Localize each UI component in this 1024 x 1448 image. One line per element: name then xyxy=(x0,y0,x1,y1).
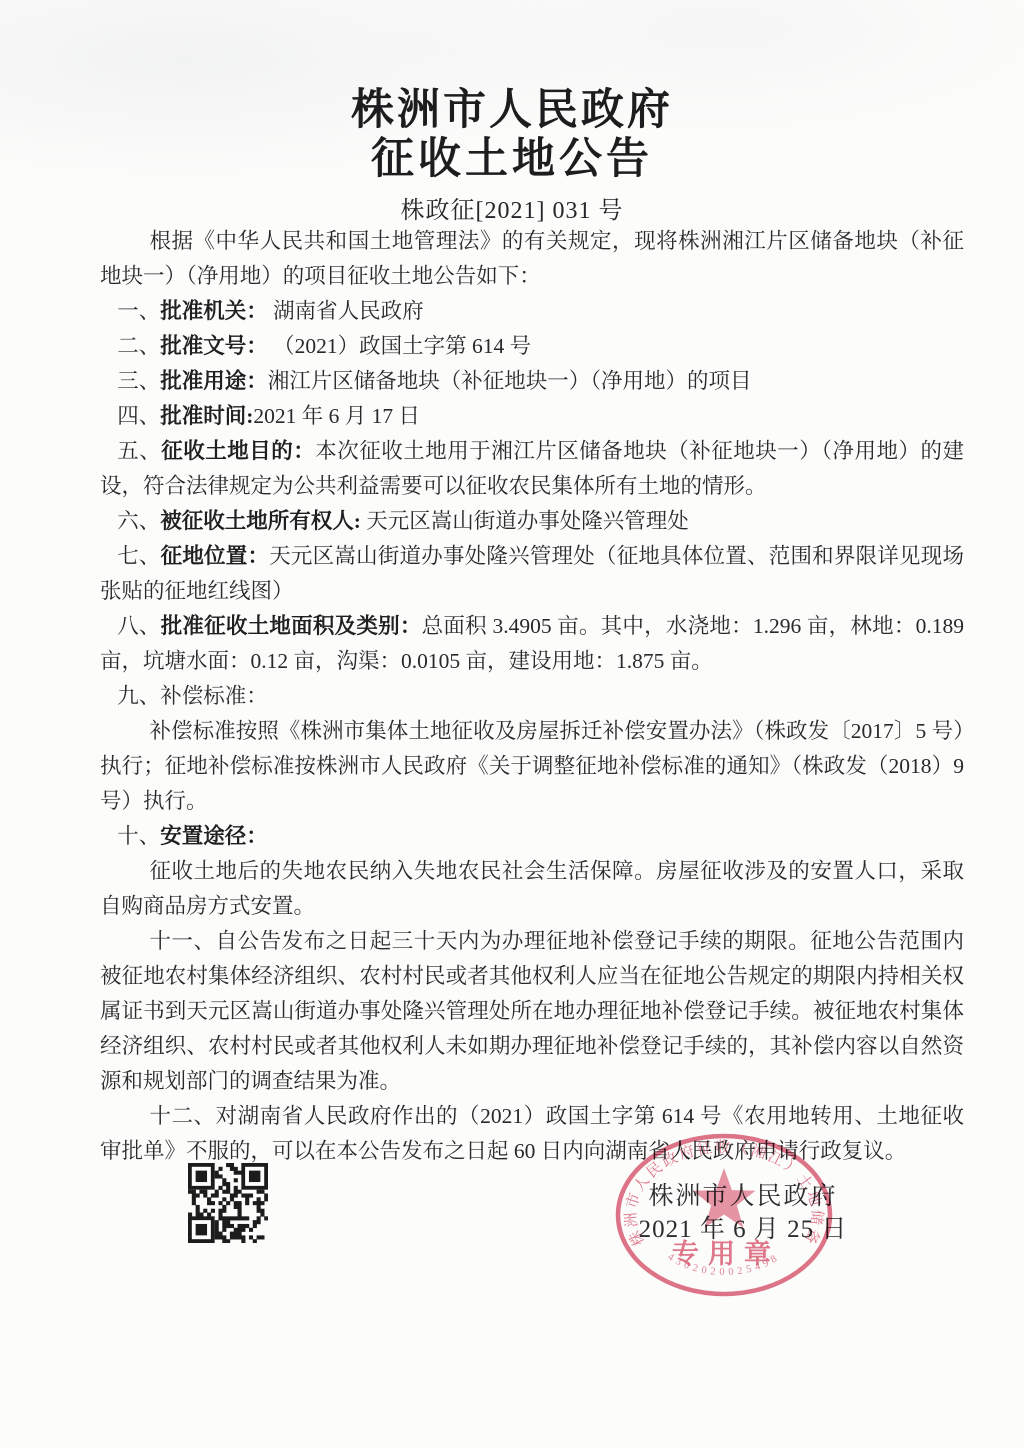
clause-label: 被征收土地所有权人: xyxy=(160,509,361,533)
qr-module xyxy=(215,1220,219,1224)
qr-module xyxy=(230,1224,234,1228)
qr-module xyxy=(192,1193,196,1197)
clause-text: 五、 xyxy=(117,439,161,463)
qr-module xyxy=(257,1190,261,1194)
qr-module xyxy=(257,1216,261,1220)
qr-module xyxy=(234,1186,238,1190)
qr-module xyxy=(222,1216,226,1220)
qr-module xyxy=(226,1201,230,1205)
qr-module xyxy=(234,1178,238,1182)
qr-module xyxy=(238,1224,242,1228)
body-paragraph: 七、征地位置：天元区嵩山街道办事处隆兴管理处（征地具体位置、范围和界限详见现场张… xyxy=(100,539,964,609)
qr-module xyxy=(253,1224,257,1228)
clause-label: 批准机关： xyxy=(160,299,268,323)
qr-module xyxy=(207,1201,211,1205)
clause-text: 征收土地后的失地农民纳入失地农民社会生活保障。房屋征收涉及的安置人口，采取自购商… xyxy=(100,859,964,918)
qr-module xyxy=(218,1235,222,1239)
clause-label: 批准用途： xyxy=(160,369,268,393)
body-paragraph: 根据《中华人民共和国土地管理法》的有关规定，现将株洲湘江片区储备地块（补征地块一… xyxy=(100,224,964,294)
clause-text: 十、 xyxy=(117,824,160,848)
qr-module xyxy=(234,1216,238,1220)
qr-module xyxy=(203,1193,207,1197)
document-body: 根据《中华人民共和国土地管理法》的有关规定，现将株洲湘江片区储备地块（补征地块一… xyxy=(100,224,964,1169)
document-title-org: 株洲市人民政府 xyxy=(0,86,1024,136)
qr-module xyxy=(203,1190,207,1194)
qr-module xyxy=(245,1224,249,1228)
qr-module xyxy=(238,1190,242,1194)
qr-module xyxy=(215,1174,219,1178)
qr-module xyxy=(222,1239,226,1243)
qr-module xyxy=(238,1216,242,1220)
qr-module xyxy=(230,1235,234,1239)
qr-module xyxy=(241,1224,245,1228)
qr-module xyxy=(218,1216,222,1220)
clause-text: 十一、自公告发布之日起三十天内为办理征地补偿登记手续的期限。征地公告范围内被征地… xyxy=(100,929,964,1093)
qr-module xyxy=(230,1163,234,1167)
clause-text: 六、 xyxy=(117,509,160,533)
qr-module xyxy=(238,1171,242,1175)
qr-module xyxy=(196,1205,200,1209)
qr-module xyxy=(249,1193,253,1197)
qr-module xyxy=(238,1232,242,1236)
qr-module xyxy=(199,1213,203,1217)
qr-module xyxy=(253,1239,257,1243)
clause-label: 征地位置： xyxy=(161,544,270,568)
qr-module xyxy=(264,1216,268,1220)
qr-module xyxy=(218,1209,222,1213)
body-paragraph: 六、被征收土地所有权人: 天元区嵩山街道办事处隆兴管理处 xyxy=(100,504,964,539)
qr-module xyxy=(230,1232,234,1236)
qr-module xyxy=(234,1171,238,1175)
qr-module xyxy=(245,1197,249,1201)
body-paragraph: 三、批准用途：湘江片区储备地块（补征地块一）（净用地）的项目 xyxy=(100,364,964,399)
qr-module xyxy=(260,1213,264,1217)
qr-module xyxy=(234,1235,238,1239)
qr-module xyxy=(215,1228,219,1232)
qr-module xyxy=(222,1197,226,1201)
qr-module xyxy=(260,1235,264,1239)
qr-module xyxy=(218,1186,222,1190)
qr-module xyxy=(207,1213,211,1217)
signature-date: 2021 年 6 月 25 日 xyxy=(606,1209,880,1245)
qr-module xyxy=(222,1224,226,1228)
qr-module xyxy=(196,1193,200,1197)
clause-text: 二、 xyxy=(117,334,160,358)
qr-module xyxy=(196,1171,207,1182)
qr-module xyxy=(238,1228,242,1232)
body-paragraph: 九、补偿标准： xyxy=(100,679,964,714)
qr-module xyxy=(249,1235,253,1239)
qr-module xyxy=(241,1239,245,1243)
clause-label: 批准时间: xyxy=(160,404,253,428)
qr-module xyxy=(196,1209,200,1213)
qr-module xyxy=(211,1209,215,1213)
qr-module xyxy=(230,1197,234,1201)
qr-module xyxy=(211,1201,215,1205)
qr-module xyxy=(211,1193,215,1197)
qr-module xyxy=(249,1171,260,1182)
qr-module xyxy=(215,1232,219,1236)
qr-module xyxy=(230,1167,234,1171)
qr-module xyxy=(218,1167,222,1171)
qr-module xyxy=(215,1193,219,1197)
qr-module xyxy=(257,1201,261,1205)
qr-module xyxy=(222,1178,226,1182)
qr-module xyxy=(257,1197,261,1201)
clause-label: 安置途径： xyxy=(160,824,268,848)
qr-module xyxy=(260,1190,264,1194)
clause-label: 批准征收土地面积及类别： xyxy=(161,614,422,638)
qr-module xyxy=(188,1190,192,1194)
qr-module xyxy=(222,1209,226,1213)
qr-module xyxy=(215,1224,219,1228)
qr-module xyxy=(222,1235,226,1239)
qr-module xyxy=(199,1190,203,1194)
clause-text: 湘江片区储备地块（补征地块一）（净用地）的项目 xyxy=(268,369,752,393)
qr-code xyxy=(188,1163,268,1243)
body-paragraph: 二、批准文号： （2021）政国土字第 614 号 xyxy=(100,329,964,364)
qr-module xyxy=(192,1201,196,1205)
qr-module xyxy=(226,1224,230,1228)
qr-module xyxy=(253,1220,257,1224)
qr-module xyxy=(241,1193,245,1197)
qr-module xyxy=(230,1216,234,1220)
qr-module xyxy=(260,1201,264,1205)
clause-text: 四、 xyxy=(117,404,160,428)
qr-module xyxy=(257,1235,261,1239)
body-paragraph: 十一、自公告发布之日起三十天内为办理征地补偿登记手续的期限。征地公告范围内被征地… xyxy=(100,924,964,1099)
qr-module xyxy=(238,1209,242,1213)
document-title-subject: 征收土地公告 xyxy=(0,135,1024,185)
qr-module xyxy=(215,1190,219,1194)
qr-module xyxy=(234,1201,238,1205)
qr-module xyxy=(234,1167,238,1171)
signature-org: 株洲市人民政府 xyxy=(612,1176,874,1212)
body-paragraph: 一、批准机关： 湖南省人民政府 xyxy=(100,294,964,329)
qr-module xyxy=(245,1216,249,1220)
scanned-document-page: 株洲市人民政府 征收土地公告 株政征[2021] 031 号 根据《中华人民共和… xyxy=(0,0,1024,1448)
qr-module xyxy=(238,1213,242,1217)
qr-module xyxy=(222,1182,226,1186)
qr-module xyxy=(222,1190,226,1194)
qr-module xyxy=(218,1174,222,1178)
qr-module xyxy=(257,1209,261,1213)
clause-text: 一、 xyxy=(117,299,160,323)
body-paragraph: 十二、对湖南省人民政府作出的（2021）政国土字第 614 号《农用地转用、土地… xyxy=(100,1099,964,1169)
clause-text: 2021 年 6 月 17 日 xyxy=(253,404,420,428)
qr-module xyxy=(234,1228,238,1232)
clause-text: 八、 xyxy=(117,614,161,638)
qr-module xyxy=(238,1205,242,1209)
body-paragraph: 补偿标准按照《株洲市集体土地征收及房屋拆迁补偿安置办法》（株政发〔2017〕5 … xyxy=(100,714,964,819)
qr-module xyxy=(249,1228,253,1232)
qr-module xyxy=(192,1197,196,1201)
qr-module xyxy=(196,1213,200,1217)
clause-label: 征收土地目的： xyxy=(161,439,315,463)
body-paragraph: 八、批准征收土地面积及类别：总面积 3.4905 亩。其中，水浇地：1.296 … xyxy=(100,609,964,679)
qr-module xyxy=(192,1190,196,1194)
qr-module xyxy=(245,1201,249,1205)
qr-module xyxy=(264,1193,268,1197)
qr-module xyxy=(226,1186,230,1190)
qr-module xyxy=(218,1201,222,1205)
qr-module xyxy=(188,1213,192,1217)
clause-text: （2021）政国土字第 614 号 xyxy=(268,334,531,358)
qr-module xyxy=(253,1201,257,1205)
qr-module xyxy=(222,1220,226,1224)
document-number: 株政征[2021] 031 号 xyxy=(0,190,1024,225)
clause-text: 三、 xyxy=(117,369,160,393)
qr-module xyxy=(234,1205,238,1209)
body-paragraph: 十、安置途径： xyxy=(100,819,964,854)
qr-module xyxy=(245,1193,249,1197)
clause-text: 七、 xyxy=(117,544,160,568)
clause-label: 批准文号： xyxy=(160,334,268,358)
qr-module xyxy=(257,1205,261,1209)
qr-module xyxy=(218,1213,222,1217)
qr-module xyxy=(226,1190,230,1194)
qr-module xyxy=(207,1197,211,1201)
qr-module xyxy=(238,1201,242,1205)
body-paragraph: 五、征收土地目的：本次征收土地用于湘江片区储备地块（补征地块一）（净用地）的建设… xyxy=(100,434,964,504)
qr-module xyxy=(226,1216,230,1220)
qr-module xyxy=(215,1171,219,1175)
qr-module xyxy=(215,1235,219,1239)
qr-module xyxy=(238,1235,242,1239)
qr-module xyxy=(196,1224,207,1235)
clause-text: 十二、对湖南省人民政府作出的（2021）政国土字第 614 号《农用地转用、土地… xyxy=(100,1104,964,1163)
qr-module xyxy=(222,1205,226,1209)
clause-text: 补偿标准按照《株洲市集体土地征收及房屋拆迁补偿安置办法》（株政发〔2017〕5 … xyxy=(100,719,964,813)
qr-module xyxy=(226,1239,230,1243)
qr-module xyxy=(218,1232,222,1236)
qr-module xyxy=(234,1193,238,1197)
qr-module xyxy=(234,1232,238,1236)
qr-module xyxy=(241,1228,245,1232)
qr-module xyxy=(230,1193,234,1197)
qr-module xyxy=(226,1220,230,1224)
seal-code: 4302020025498 xyxy=(666,1252,783,1278)
qr-module xyxy=(226,1163,230,1167)
qr-module xyxy=(234,1190,238,1194)
qr-module xyxy=(241,1216,245,1220)
qr-module xyxy=(226,1182,230,1186)
clause-text: 九、补偿标准： xyxy=(117,684,268,708)
qr-module xyxy=(260,1209,264,1213)
qr-module xyxy=(222,1228,226,1232)
clause-text: 根据《中华人民共和国土地管理法》的有关规定，现将株洲湘江片区储备地块（补征地块一… xyxy=(100,229,964,288)
body-paragraph: 四、批准时间:2021 年 6 月 17 日 xyxy=(100,399,964,434)
clause-text: 天元区嵩山街道办事处隆兴管理处 xyxy=(361,509,689,533)
qr-module xyxy=(203,1209,207,1213)
qr-module xyxy=(264,1197,268,1201)
qr-module xyxy=(241,1235,245,1239)
qr-module xyxy=(257,1220,261,1224)
clause-text: 湖南省人民政府 xyxy=(268,299,424,323)
body-paragraph: 征收土地后的失地农民纳入失地农民社会生活保障。房屋征收涉及的安置人口，采取自购商… xyxy=(100,854,964,924)
